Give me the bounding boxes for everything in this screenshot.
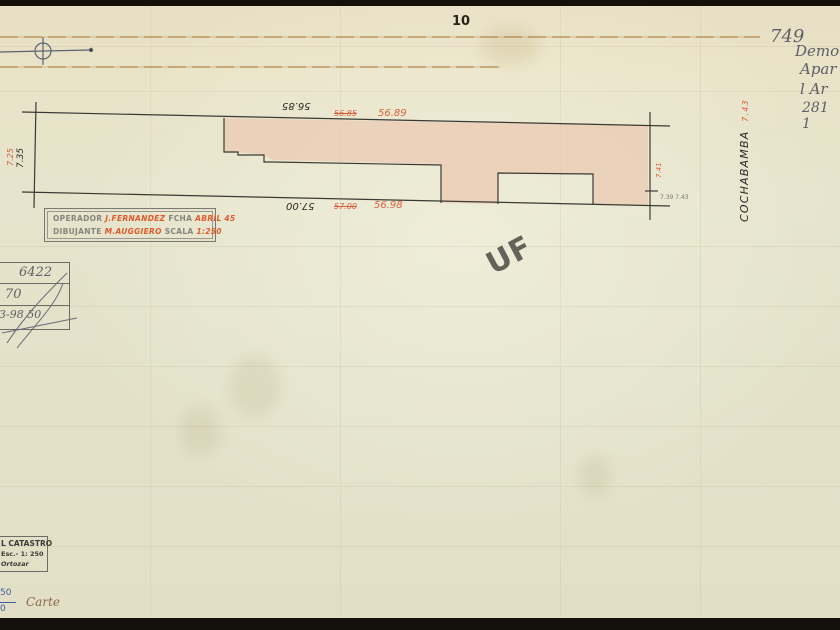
street-label: COCHABAMBA 7.43 (738, 99, 751, 222)
scala-value: 1:250 (196, 227, 221, 236)
street-lot-ref: 7.43 (741, 99, 750, 122)
margin-note-line-4: l Ar (800, 80, 828, 98)
fraction-top: 50 (0, 588, 11, 598)
top-dimension-corrected: 56.89 (378, 108, 407, 119)
catastro-stamp: L CATASTRO Esc.- 1: 250 Ortozar (0, 536, 48, 572)
registry-stamp: 6422 70 3-98 50 (0, 262, 70, 330)
catastro-line-3: Ortozar (1, 560, 29, 568)
catastro-line-1: L CATASTRO (1, 539, 52, 548)
right-width-red: 7.41 (655, 162, 663, 178)
pencil-signature-icon (0, 263, 87, 353)
bottom-dimension-original: 57.00 (286, 200, 315, 211)
left-width-red: 7.25 (6, 148, 15, 166)
fraction-bar (0, 602, 16, 603)
right-width-small-label: 7.39 7.43 (660, 194, 689, 201)
signature: Carte (26, 595, 60, 609)
margin-note-line-3: Apar (800, 60, 837, 78)
fraction-bottom: 0 (0, 604, 6, 614)
bottom-dimension-struck: 57.00 (334, 202, 357, 211)
parcel-plan (0, 0, 840, 630)
operator-stamp: OPERADOR J.FERNANDEZ FCHA ABRIL 45 DIBUJ… (44, 208, 216, 242)
operador-label: OPERADOR (53, 214, 102, 223)
scala-label: SCALA (165, 227, 194, 236)
dibujante-value: M.AUGGIERO (105, 227, 162, 236)
street-name: COCHABAMBA (738, 131, 751, 222)
top-dimension-original: 56.85 (282, 100, 311, 111)
margin-note-line-2: Demo (795, 42, 839, 60)
catastro-line-2: Esc.- 1: 250 (1, 550, 44, 558)
margin-note-line-5: 281 1 (802, 100, 840, 132)
compass-marker-icon (0, 37, 93, 65)
bottom-dimension-corrected: 56.98 (374, 200, 403, 211)
fecha-label: FCHA (168, 214, 192, 223)
top-dimension-struck: 56.85 (334, 109, 357, 118)
left-width-black: 7.35 (16, 148, 26, 168)
operador-value: J.FERNANDEZ (105, 214, 165, 223)
scan-border-bottom (0, 618, 840, 630)
dibujante-label: DIBUJANTE (53, 227, 102, 236)
fecha-value: ABRIL 45 (195, 214, 235, 223)
